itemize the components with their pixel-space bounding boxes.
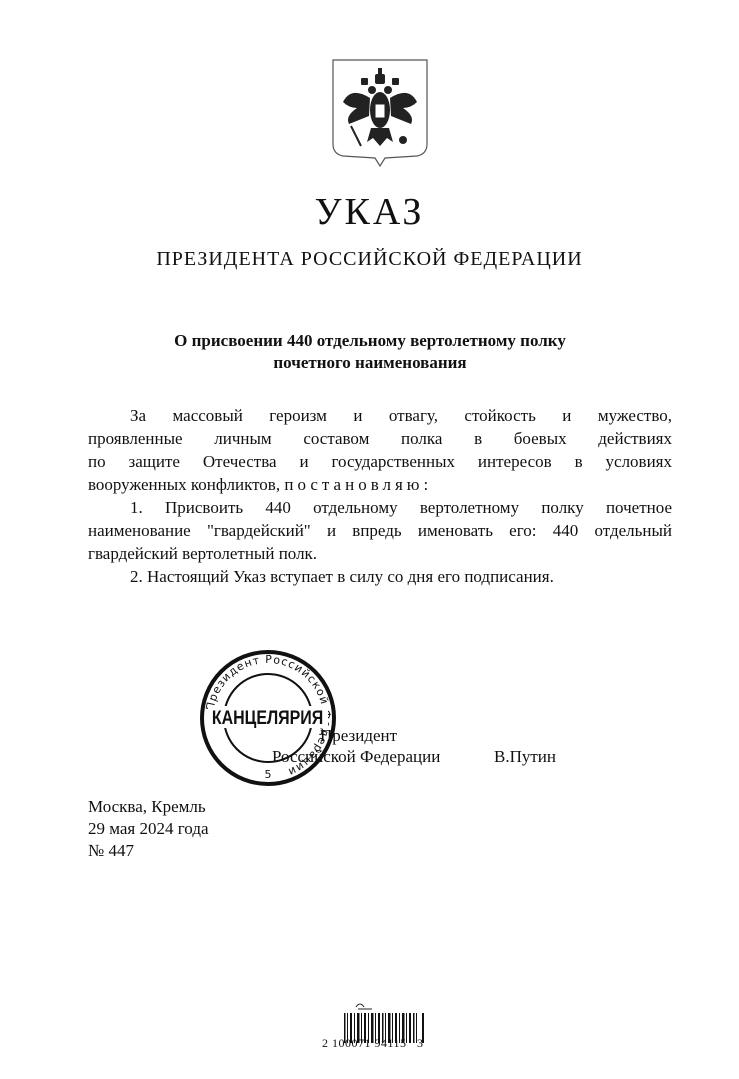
- decree-number: № 447: [88, 840, 209, 862]
- clause-1: 1. Присвоить 440 отдельному вертолетному…: [88, 496, 672, 565]
- clause-1-line-2: наименование "гвардейский" и впредь имен…: [88, 519, 672, 542]
- svg-text:5: 5: [265, 768, 272, 781]
- decree-heading: О присвоении 440 отдельному вертолетному…: [120, 330, 620, 374]
- clause-1-line-1: 1. Присвоить 440 отдельному вертолетному…: [130, 498, 672, 517]
- preamble-line-2: проявленные личным составом полка в боев…: [88, 427, 672, 450]
- decree-word: постановляю:: [284, 475, 432, 494]
- clause-2-line-1: 2. Настоящий Указ вступает в силу со дня…: [130, 567, 554, 586]
- date: 29 мая 2024 года: [88, 818, 209, 840]
- preamble-line-4: вооруженных конфликтов,: [88, 475, 280, 494]
- heading-line-2: почетного наименования: [120, 352, 620, 374]
- barcode-number: 2 100071 94115 3: [322, 1036, 424, 1051]
- svg-text:КАНЦЕЛЯРИЯ: КАНЦЕЛЯРИЯ: [212, 706, 323, 728]
- signatory-name: В.Путин: [494, 747, 556, 767]
- coat-of-arms-icon: [331, 58, 429, 168]
- clause-2: 2. Настоящий Указ вступает в силу со дня…: [88, 565, 672, 588]
- document-subtitle: ПРЕЗИДЕНТА РОССИЙСКОЙ ФЕДЕРАЦИИ: [0, 248, 739, 271]
- heading-line-1: О присвоении 440 отдельному вертолетному…: [120, 330, 620, 352]
- preamble-paragraph: За массовый героизм и отвагу, стойкость …: [88, 404, 672, 496]
- clause-1-line-3: гвардейский вертолетный полк.: [88, 542, 672, 565]
- chancellery-stamp-icon: Президент Российской Федерации КАНЦЕЛЯРИ…: [198, 648, 338, 788]
- place-date-block: Москва, Кремль 29 мая 2024 года № 447: [88, 796, 209, 862]
- preamble-line-3: по защите Отечества и государственных ин…: [88, 450, 672, 473]
- preamble-line-1: За массовый героизм и отвагу, стойкость …: [130, 406, 672, 425]
- document-title: УКАЗ: [0, 190, 739, 234]
- place: Москва, Кремль: [88, 796, 209, 818]
